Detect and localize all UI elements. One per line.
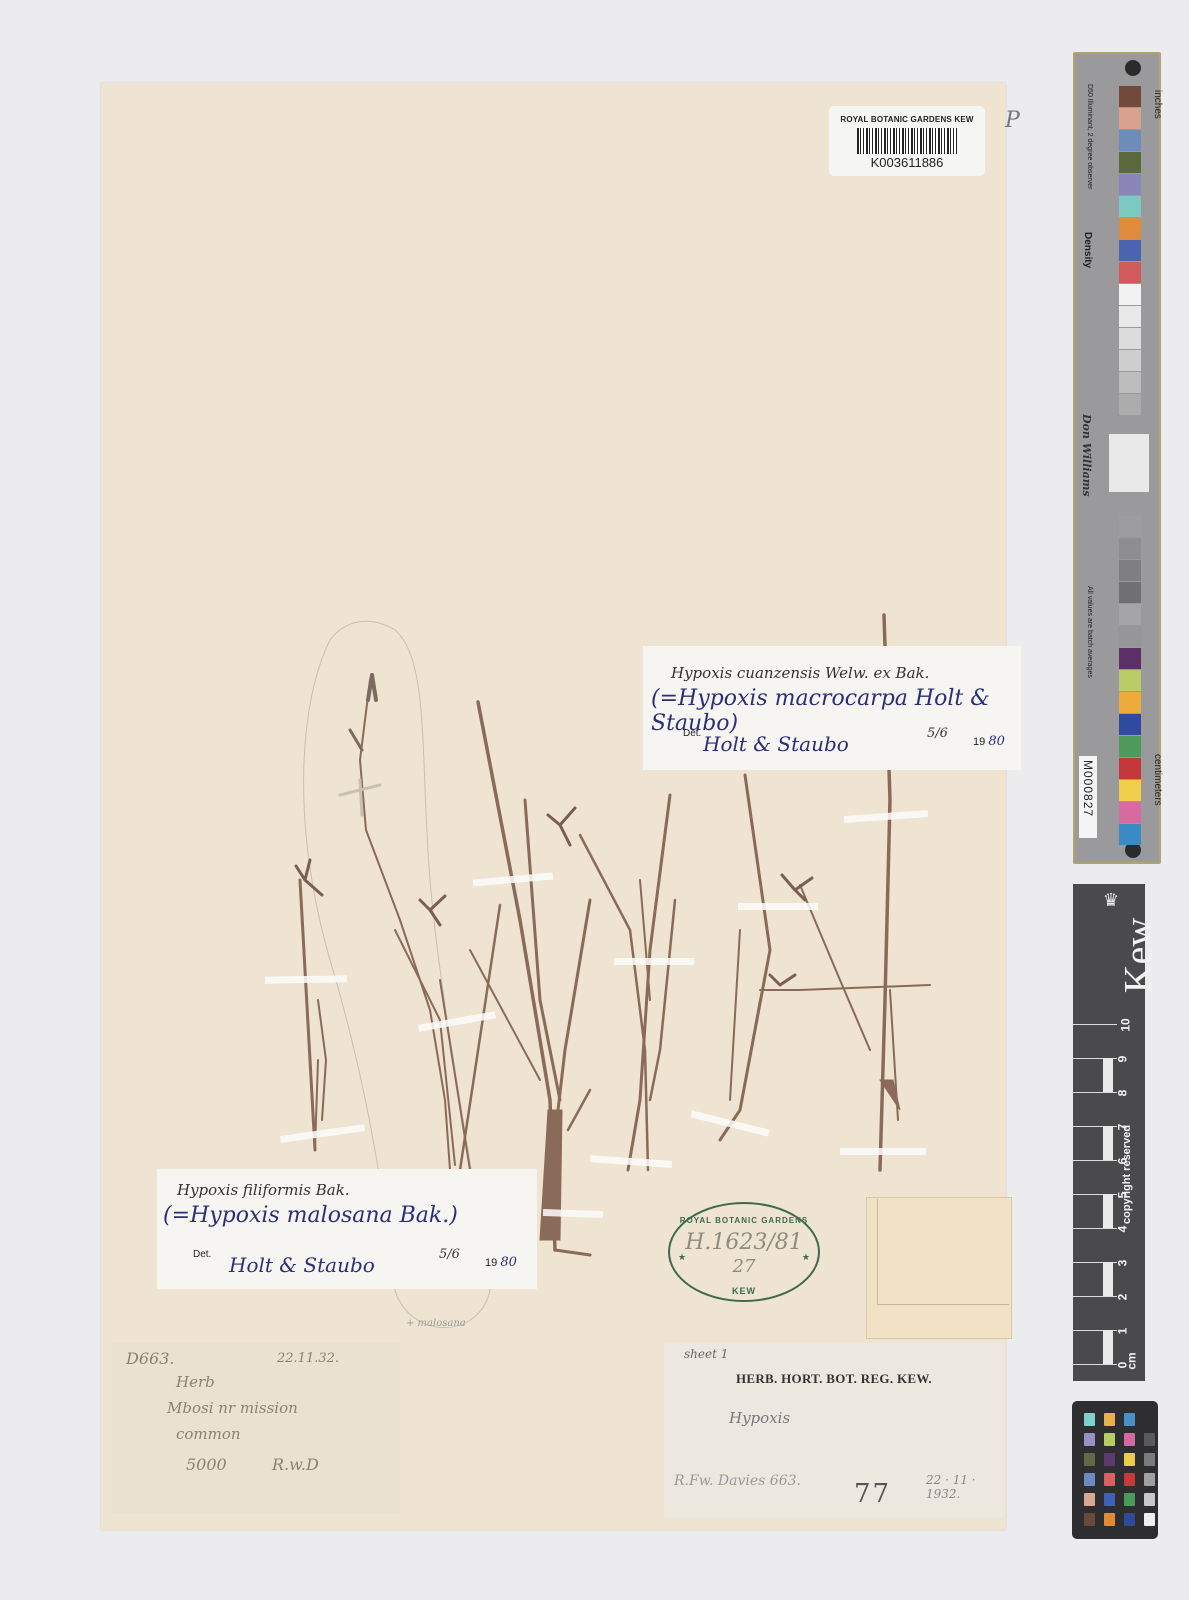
field-number: D663. bbox=[126, 1349, 174, 1368]
color-calibration-bar: inches centimeters D50 Illuminant, 2 deg… bbox=[1073, 52, 1161, 864]
color-patch bbox=[1119, 306, 1141, 327]
color-patch bbox=[1119, 284, 1141, 305]
stamp-subnumber: 27 bbox=[670, 1256, 818, 1277]
kew-scale-ruler: ♛ Kew 109876543210 copyright reserved cm bbox=[1073, 884, 1145, 1381]
color-swatch bbox=[1124, 1413, 1135, 1426]
signature: R.w.D bbox=[272, 1455, 319, 1474]
original-name: Hypoxis filiformis Bak. bbox=[177, 1181, 350, 1199]
color-patch bbox=[1119, 692, 1141, 713]
units-inches: inches bbox=[1152, 90, 1163, 119]
color-patch bbox=[1119, 196, 1141, 217]
barcode-number: K003611886 bbox=[829, 155, 985, 170]
color-swatch bbox=[1104, 1453, 1115, 1466]
herbarium-title: HERB. HORT. BOT. REG. KEW. bbox=[664, 1371, 1004, 1387]
barcode-label: ROYAL BOTANIC GARDENS KEW K003611886 bbox=[829, 106, 985, 176]
color-patch bbox=[1119, 516, 1141, 537]
det-year-suffix: 80 bbox=[500, 1255, 517, 1270]
determiner: Holt & Staubo bbox=[229, 1253, 375, 1277]
kew-logo: Kew bbox=[1115, 911, 1162, 1001]
color-checker-card bbox=[1072, 1401, 1158, 1539]
stamp-bottom-text: KEW bbox=[670, 1286, 818, 1296]
pencil-mark: P bbox=[1005, 108, 1020, 133]
color-patch bbox=[1119, 560, 1141, 581]
det-year-prefix: 19 bbox=[485, 1257, 497, 1269]
copyright-text: copyright reserved bbox=[1121, 1125, 1133, 1224]
scale-inset bbox=[1109, 434, 1149, 492]
color-swatch bbox=[1124, 1473, 1135, 1486]
color-patch bbox=[1119, 328, 1141, 349]
color-patch bbox=[1119, 152, 1141, 173]
accepted-name: (=Hypoxis macrocarpa Holt & Staubo) bbox=[651, 686, 1021, 736]
specimen-number: 77 bbox=[854, 1479, 891, 1509]
color-patch bbox=[1119, 350, 1141, 371]
illuminant-note: D50 Illuminant, 2 degree observer bbox=[1086, 84, 1093, 189]
color-patch bbox=[1119, 538, 1141, 559]
color-patch bbox=[1119, 604, 1141, 625]
crest-icon: ♛ bbox=[1099, 890, 1123, 912]
determination-label-lower: Hypoxis filiformis Bak. (=Hypoxis malosa… bbox=[157, 1169, 537, 1289]
color-swatch bbox=[1124, 1513, 1135, 1526]
color-patch bbox=[1119, 780, 1141, 801]
star-icon: ★ bbox=[678, 1252, 686, 1263]
det-date: 5/6 bbox=[439, 1247, 460, 1262]
field-note-line3: common bbox=[176, 1425, 241, 1443]
color-patch bbox=[1119, 372, 1141, 393]
hole-icon bbox=[1125, 60, 1141, 76]
color-patch bbox=[1119, 736, 1141, 757]
color-swatch bbox=[1144, 1513, 1155, 1526]
sheet-number: sheet 1 bbox=[684, 1347, 728, 1361]
color-swatch bbox=[1084, 1453, 1095, 1466]
ruler-tick bbox=[1073, 1364, 1117, 1365]
mounting-tape bbox=[840, 1148, 926, 1155]
collection-date: 22 · 11 · 1932. bbox=[926, 1473, 1004, 1501]
genus-name: Hypoxis bbox=[729, 1409, 790, 1427]
color-swatch bbox=[1124, 1493, 1135, 1506]
color-patch bbox=[1119, 218, 1141, 239]
ruler-number: 3 bbox=[1115, 1260, 1129, 1267]
det-prefix: Det. bbox=[683, 728, 701, 739]
field-notes: D663. 22.11.32. Herb Mbosi nr mission co… bbox=[112, 1343, 400, 1513]
ruler-number: 2 bbox=[1115, 1294, 1129, 1301]
ruler-tick bbox=[1073, 1024, 1117, 1025]
field-date: 22.11.32. bbox=[277, 1351, 339, 1366]
ruler-tick bbox=[1073, 1092, 1117, 1093]
values-note: All values are batch averages bbox=[1086, 586, 1093, 678]
stamp-accession: H.1623/81 bbox=[670, 1230, 818, 1255]
unit-cm: cm bbox=[1125, 1352, 1139, 1369]
color-swatch bbox=[1144, 1413, 1155, 1426]
color-patch bbox=[1119, 824, 1141, 845]
fragment-packet[interactable] bbox=[866, 1197, 1012, 1339]
field-note-line2: Mbosi nr mission bbox=[167, 1399, 298, 1417]
mounting-tape bbox=[265, 975, 347, 983]
color-patch bbox=[1119, 648, 1141, 669]
ruler-number: 9 bbox=[1115, 1056, 1129, 1063]
color-patch bbox=[1119, 86, 1141, 107]
color-patch bbox=[1119, 802, 1141, 823]
determiner: Holt & Staubo bbox=[703, 732, 849, 756]
field-note-line1: Herb bbox=[176, 1373, 215, 1391]
color-swatch bbox=[1084, 1413, 1095, 1426]
accepted-name: (=Hypoxis malosana Bak.) bbox=[163, 1203, 458, 1228]
brand-label: Don Williams bbox=[1080, 414, 1093, 497]
barcode-icon bbox=[857, 128, 957, 154]
color-swatch bbox=[1124, 1453, 1135, 1466]
color-swatch bbox=[1104, 1473, 1115, 1486]
ruler-tick bbox=[1073, 1228, 1117, 1229]
ruler-number: 4 bbox=[1115, 1226, 1129, 1233]
accession-stamp: ROYAL BOTANIC GARDENS H.1623/81 27 ★ ★ K… bbox=[668, 1202, 820, 1302]
ruler-tick bbox=[1073, 1296, 1117, 1297]
density-label: Density bbox=[1082, 232, 1093, 268]
color-patch bbox=[1119, 714, 1141, 735]
color-patch bbox=[1119, 758, 1141, 779]
herbarium-label: sheet 1 HERB. HORT. BOT. REG. KEW. Hypox… bbox=[664, 1343, 1004, 1518]
color-patch bbox=[1119, 130, 1141, 151]
altitude: 5000 bbox=[186, 1455, 227, 1474]
stamp-top-text: ROYAL BOTANIC GARDENS bbox=[670, 1216, 818, 1225]
color-swatch bbox=[1144, 1433, 1155, 1446]
color-patch bbox=[1119, 670, 1141, 691]
ruler-number: 10 bbox=[1119, 1018, 1133, 1031]
color-swatch bbox=[1084, 1433, 1095, 1446]
units-centimeters: centimeters bbox=[1152, 754, 1163, 806]
color-patch bbox=[1119, 174, 1141, 195]
institution-name: ROYAL BOTANIC GARDENS KEW bbox=[829, 115, 985, 124]
det-year-suffix: 80 bbox=[988, 734, 1005, 749]
color-patch bbox=[1119, 582, 1141, 603]
pencil-annotation: + malosana bbox=[406, 1318, 466, 1329]
ruler-tick bbox=[1073, 1160, 1117, 1161]
det-date: 5/6 bbox=[927, 726, 948, 741]
ruler-ticks bbox=[1073, 1024, 1117, 1374]
color-swatch bbox=[1104, 1513, 1115, 1526]
star-icon: ★ bbox=[802, 1252, 810, 1263]
color-swatch bbox=[1084, 1493, 1095, 1506]
ruler-number: 1 bbox=[1115, 1328, 1129, 1335]
color-patch bbox=[1119, 108, 1141, 129]
color-swatch bbox=[1144, 1493, 1155, 1506]
color-patch bbox=[1119, 394, 1141, 415]
color-swatch bbox=[1144, 1473, 1155, 1486]
det-prefix: Det. bbox=[193, 1249, 211, 1260]
ruler-number: 8 bbox=[1115, 1090, 1129, 1097]
packet-flap bbox=[877, 1199, 1009, 1305]
color-swatch bbox=[1084, 1473, 1095, 1486]
original-name: Hypoxis cuanzensis Welw. ex Bak. bbox=[671, 664, 929, 682]
serial-label: M000827 bbox=[1079, 756, 1097, 838]
det-year-prefix: 19 bbox=[973, 736, 985, 748]
color-swatch bbox=[1104, 1433, 1115, 1446]
collector: R.Fw. Davies 663. bbox=[674, 1473, 801, 1489]
color-swatch bbox=[1104, 1493, 1115, 1506]
color-swatch bbox=[1084, 1513, 1095, 1526]
color-swatch bbox=[1144, 1453, 1155, 1466]
mounting-tape bbox=[614, 958, 694, 965]
color-swatch bbox=[1124, 1433, 1135, 1446]
color-swatch bbox=[1104, 1413, 1115, 1426]
determination-label-upper: Hypoxis cuanzensis Welw. ex Bak. (=Hypox… bbox=[643, 646, 1021, 770]
color-patch bbox=[1119, 240, 1141, 261]
color-patch bbox=[1119, 626, 1141, 647]
color-patch bbox=[1119, 262, 1141, 283]
mounting-tape bbox=[738, 903, 818, 910]
